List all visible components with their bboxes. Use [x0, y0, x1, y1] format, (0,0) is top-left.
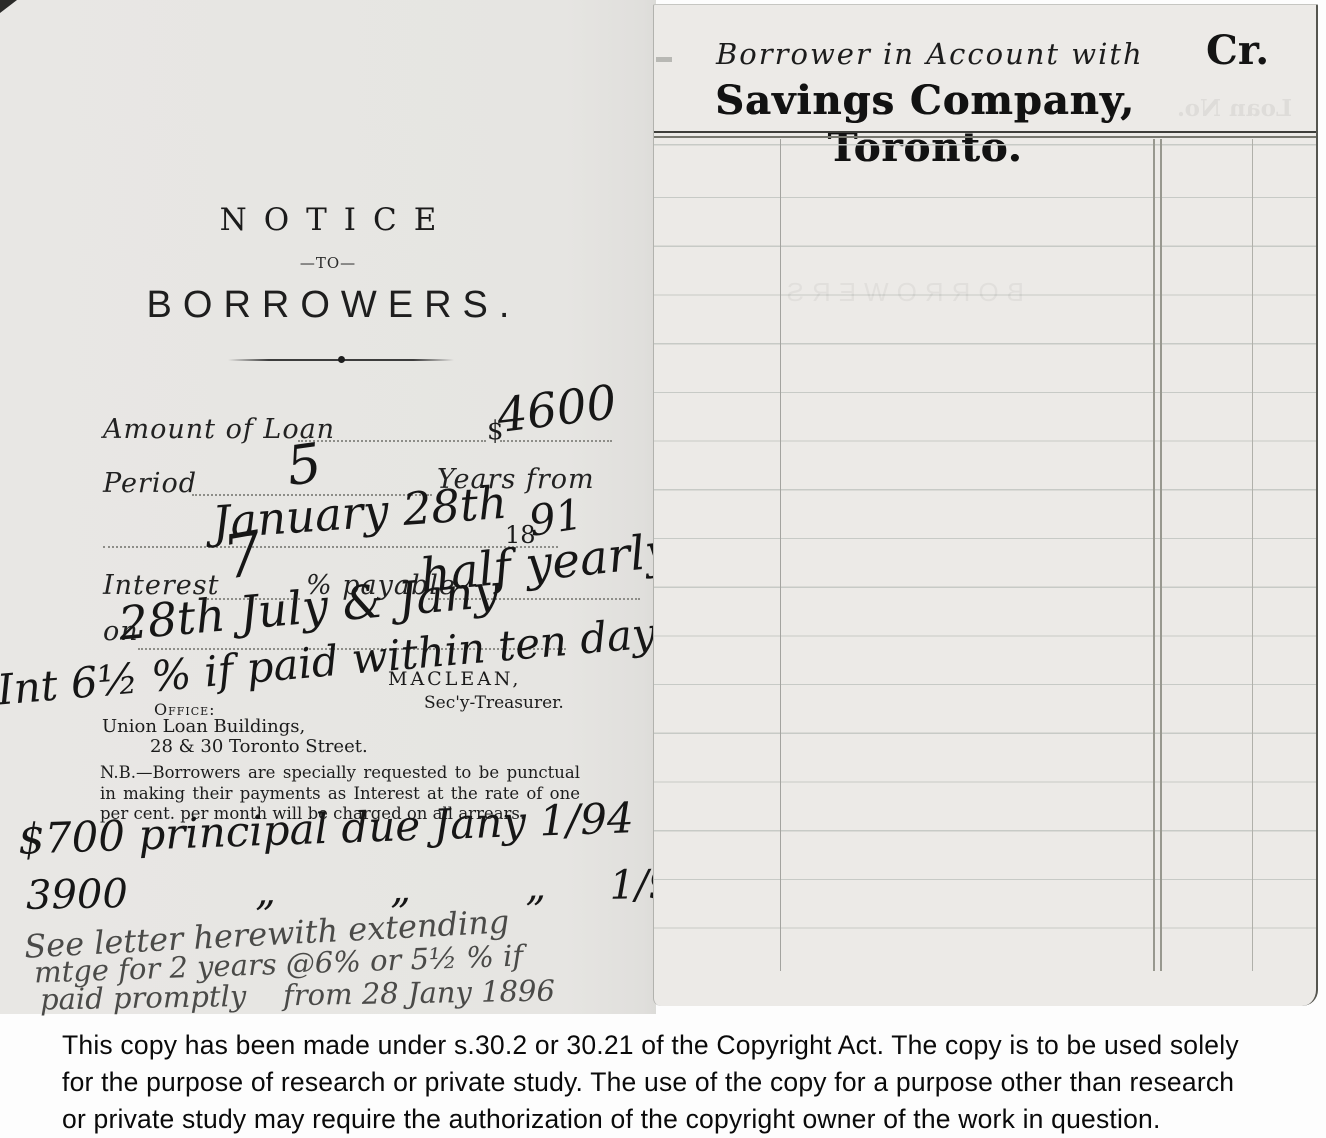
amount-dotted-line [298, 440, 486, 442]
copyright-line-2: for the purpose of research or private s… [62, 1067, 1302, 1098]
ledger-header: Borrower in Account with Cr. Savings Com… [654, 5, 1316, 131]
ghost-loan-no-bleedthrough: Loan No. [1177, 95, 1292, 122]
period-label: Period [103, 468, 197, 499]
notice-title: NOTICE [0, 202, 656, 238]
secretary-name: MACLEAN, [388, 668, 521, 690]
ledger-ruled-area [654, 139, 1316, 971]
header-rule-top [654, 131, 1316, 133]
extension-note-line3-handwriting: paid promptly from 28 Jany 1896 [40, 977, 555, 1015]
scan-corner-artifact [0, 0, 17, 13]
office-address-line1: Union Loan Buildings, [102, 716, 305, 737]
header-rule-bottom [654, 136, 1316, 138]
copyright-line-3: or private study may require the authori… [62, 1104, 1302, 1135]
title-divider [228, 356, 454, 363]
edge-artifact [656, 57, 672, 62]
copyright-line-1: This copy has been made under s.30.2 or … [62, 1030, 1302, 1061]
ledger-column-line-3 [1252, 139, 1253, 971]
ledger-column-line-2a [1153, 139, 1155, 971]
ledger-column-line-2b [1160, 139, 1162, 971]
office-address-line2: 28 & 30 Toronto Street. [150, 736, 368, 757]
ledger-column-line-1 [780, 139, 781, 971]
scanned-loan-book: NOTICE —TO— BORROWERS. Amount of Loan $ … [0, 0, 1326, 1138]
credit-abbreviation: Cr. [1206, 27, 1269, 74]
notice-to: —TO— [0, 254, 656, 272]
secretary-title: Sec'y-Treasurer. [424, 693, 564, 713]
copyright-notice: This copy has been made under s.30.2 or … [62, 1030, 1302, 1138]
borrower-in-account-label: Borrower in Account with [716, 37, 1144, 71]
principal-note-2-handwriting: 3900 „ „ „ 1/96 [26, 864, 700, 916]
left-page: NOTICE —TO— BORROWERS. Amount of Loan $ … [0, 0, 656, 1014]
borrowers-title: BORROWERS. [0, 284, 656, 327]
amount-value-handwriting: 4600 [495, 379, 619, 440]
right-page-ledger: Borrower in Account with Cr. Savings Com… [653, 4, 1318, 1006]
period-value-handwriting: 5 [283, 436, 325, 494]
